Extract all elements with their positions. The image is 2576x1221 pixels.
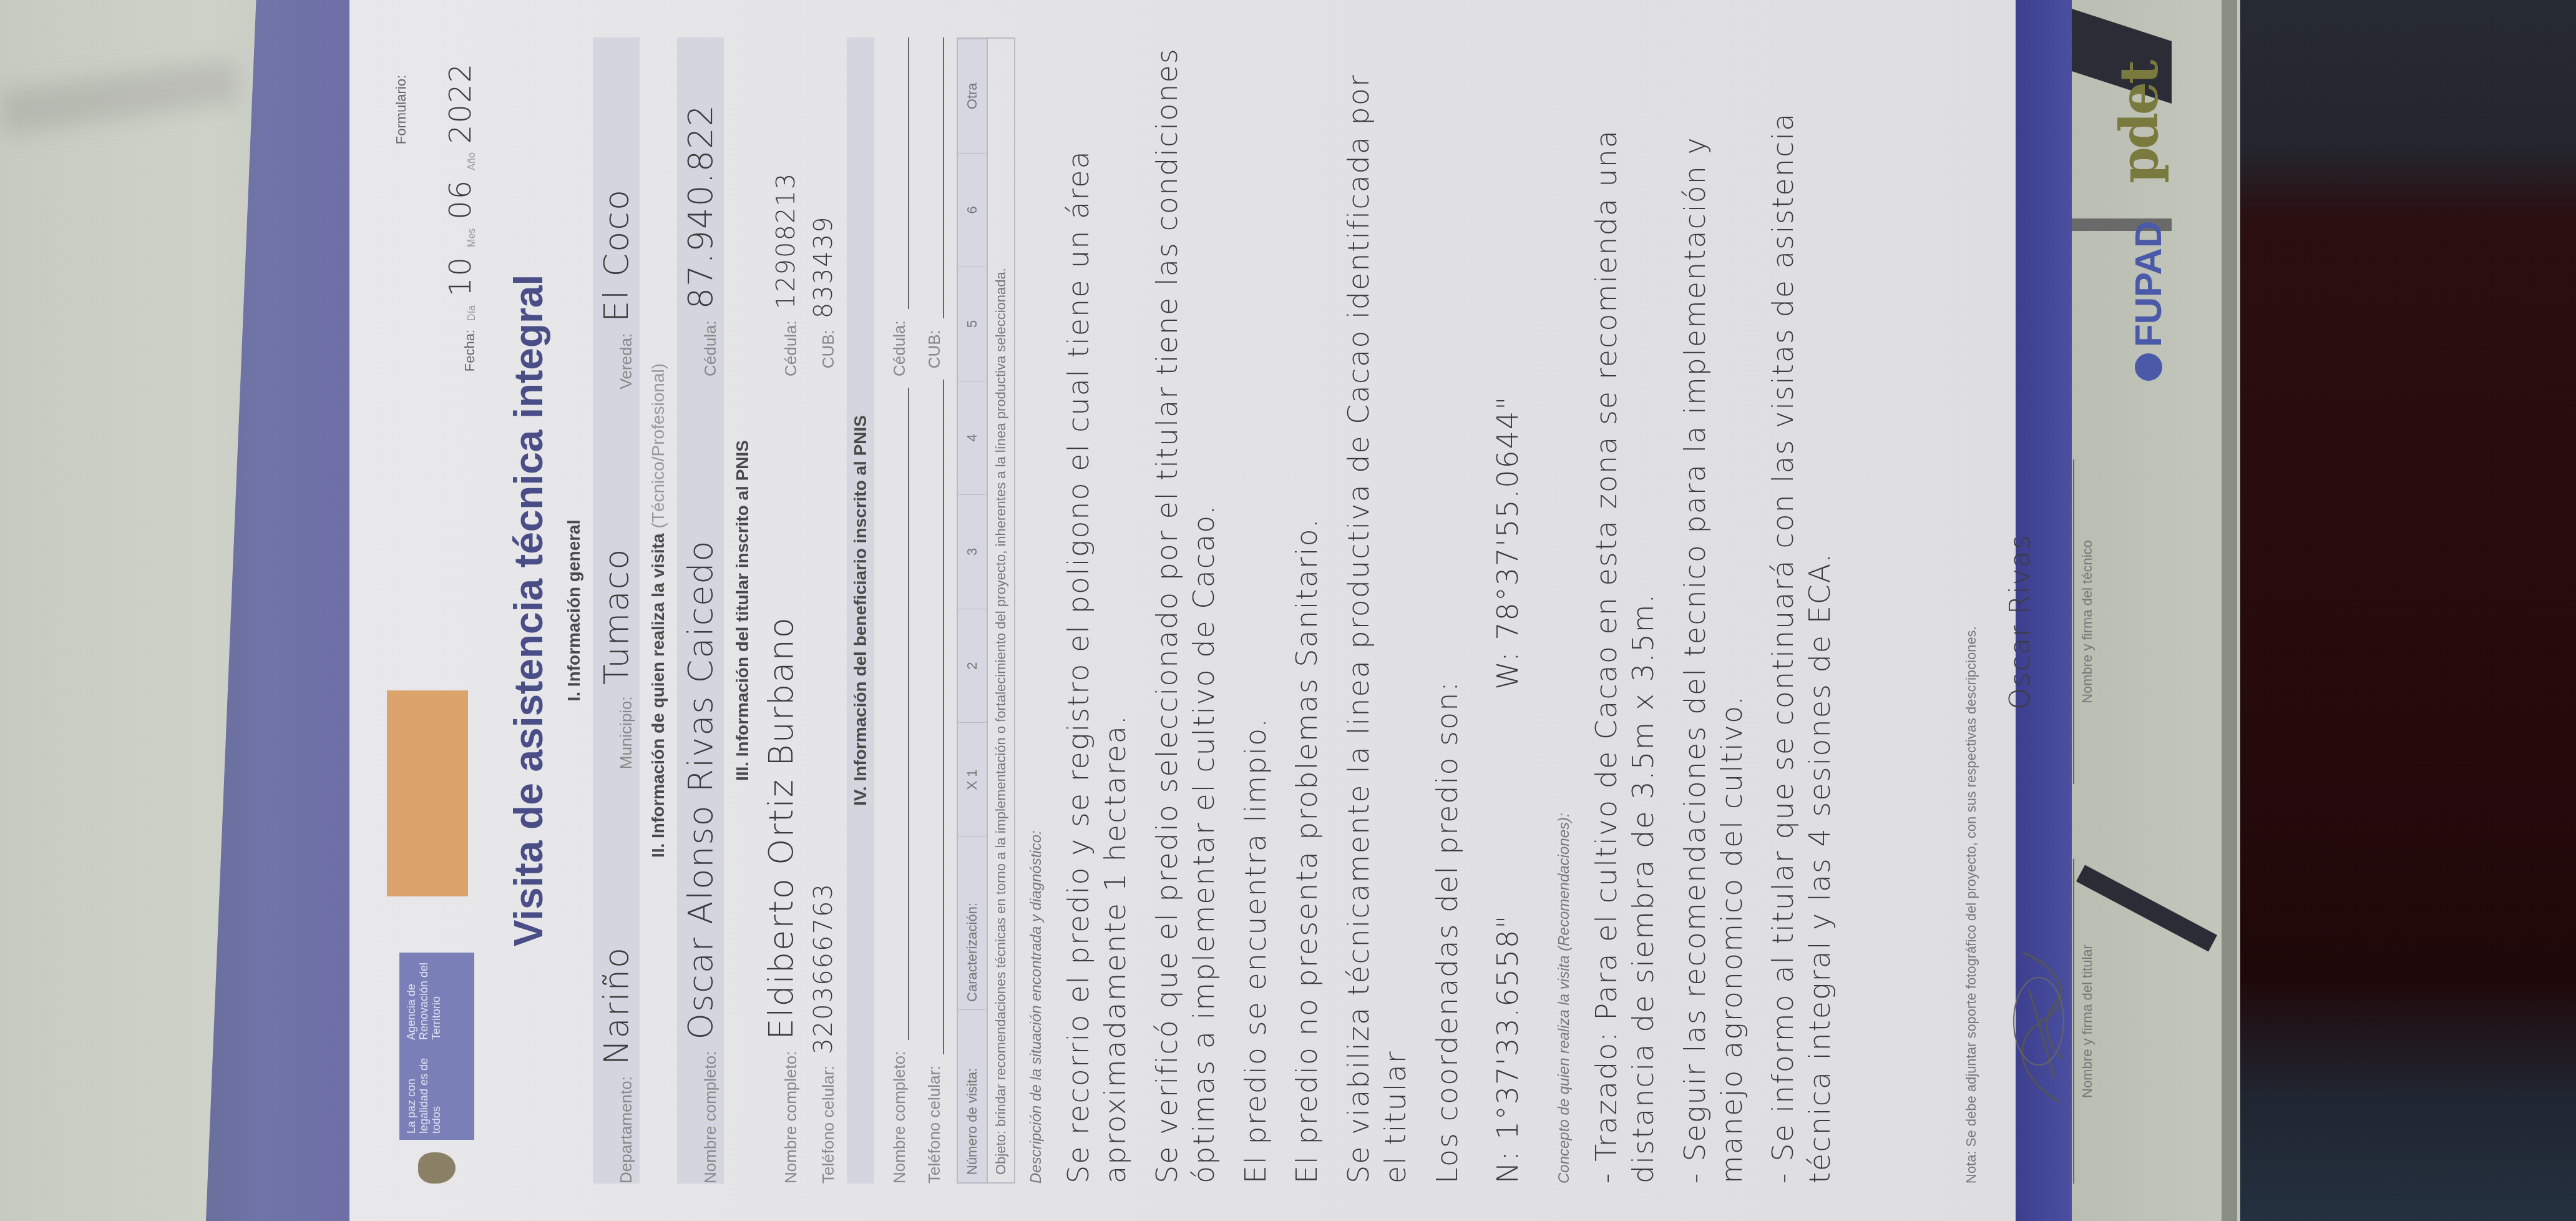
visit-options-row: Número de visita: Caracterización: X 123…: [958, 39, 987, 1182]
visit-number-label: Número de visita:: [958, 1009, 987, 1182]
holder-cedula-value: 12908213: [772, 37, 801, 309]
signature-row: Nombre y firma del titular Oscar Rivas N…: [2004, 37, 2095, 1184]
holder-signature-caption: Nombre y firma del titular: [2079, 859, 2095, 1184]
holder-cub-value: 833439: [809, 37, 838, 318]
beneficiary-cedula-field[interactable]: [883, 37, 909, 309]
footer-logos: FUPAD pdet: [2108, 62, 2170, 1184]
municipio-label: Municipio:: [617, 696, 636, 769]
general-info-row: Departamento: Nariño Municipio: Tumaco V…: [593, 37, 640, 1184]
beneficiary-name-label: Nombre completo:: [890, 1051, 909, 1184]
form-header: La paz con legalidad es de todos Agencia…: [374, 37, 499, 1184]
holder-cub-label: CUB:: [819, 330, 838, 368]
characterization-label: Caracterización:: [958, 836, 987, 1009]
year-value: 2022: [443, 62, 478, 144]
holder-phone-value: 3203666763: [809, 380, 838, 1054]
tech-name-label: Nombre completo:: [701, 1051, 720, 1184]
holder-name-row: Nombre completo: Eldiberto Ortiz Burbano…: [761, 37, 801, 1184]
holder-signature-block: Nombre y firma del titular: [2004, 859, 2095, 1184]
holder-name-label: Nombre completo:: [781, 1051, 801, 1184]
form-number-label: Formulario:: [393, 75, 409, 144]
beneficiary-name-row: Nombre completo: Cédula:: [883, 37, 909, 1184]
beneficiary-cedula-label: Cédula:: [890, 320, 909, 376]
technician-signature: Oscar Rivas: [2004, 459, 2074, 784]
page-title: Visita de asistencia técnica integral: [505, 37, 552, 1184]
departamento-value: Nariño: [597, 780, 636, 1065]
beneficiary-phone-field[interactable]: [918, 380, 944, 1054]
visit-option-2[interactable]: 2: [958, 609, 987, 723]
tech-cedula-value: 87.940.822: [681, 37, 720, 309]
visit-option-1[interactable]: X 1: [958, 722, 987, 836]
visit-objective: Objeto: brindar recomendaciones técnicas…: [987, 39, 1014, 1182]
year-label: Año: [467, 152, 478, 170]
holder-cedula-label: Cédula:: [781, 320, 801, 376]
month-label: Mes: [467, 228, 478, 247]
visit-option-otra[interactable]: Otra: [958, 39, 987, 153]
description-paragraph: El predio no presenta problemas Sanitari…: [1289, 37, 1325, 1184]
month-value: 06: [443, 179, 478, 220]
section-1-title: I. Información general: [564, 37, 584, 1184]
departamento-label: Departamento:: [617, 1076, 636, 1184]
technician-row: Nombre completo: Oscar Alonso Rivas Caic…: [677, 37, 724, 1184]
day-label: Día: [467, 305, 478, 321]
section-4-title: IV. Información del beneficiario inscrit…: [847, 37, 874, 1184]
recommendation-item: - Se informo al titular que se continuar…: [1765, 37, 1838, 1184]
description-body: Se recorrio el predio y se registro el p…: [1060, 37, 1466, 1184]
logo-text-2: Agencia de Renovación del Territorio: [399, 953, 474, 1046]
globe-icon: [2135, 353, 2162, 381]
section-2-title: II. Información de quien realiza la visi…: [648, 37, 668, 1184]
beneficiary-name-field[interactable]: [883, 388, 909, 1040]
description-paragraph: Se viabiliza técnicamente la linea produ…: [1340, 37, 1414, 1184]
section-2-subtitle: (Técnico/Profesional): [648, 363, 668, 529]
visit-option-5[interactable]: 5: [958, 267, 987, 381]
technician-signature-block: Oscar Rivas Nombre y firma del técnico: [2004, 459, 2095, 784]
logo-text-1: La paz con legalidad es de todos: [399, 1046, 474, 1140]
visit-option-4[interactable]: 4: [958, 381, 987, 495]
holder-signature: [2004, 859, 2074, 1184]
description-label: Descripción de la situación encontrada y…: [1028, 37, 1045, 1184]
coord-north: N: 1°37'33.6558": [1491, 915, 1525, 1184]
background-dark-fabric: [2240, 0, 2576, 1221]
holder-phone-label: Teléfono celular:: [819, 1066, 838, 1184]
section-3-title: III. Información del titular inscrito al…: [733, 37, 753, 1184]
pdet-logo: pdet: [2108, 62, 2170, 184]
tech-name-value: Oscar Alonso Rivas Caicedo: [681, 388, 720, 1040]
form-page: La paz con legalidad es de todos Agencia…: [349, 0, 2016, 1221]
coordinates: N: 1°37'33.6558" W: 78°37'55.0644": [1491, 37, 1525, 1184]
description-paragraph: El predio se encuentra limpio.: [1237, 37, 1274, 1184]
signature-scribble-icon: [2004, 928, 2073, 1115]
recommendations-body: - Trazado: Para el cultivo de Cacao en e…: [1588, 37, 1838, 1184]
government-logo: La paz con legalidad es de todos Agencia…: [399, 953, 474, 1140]
vereda-value: El Coco: [597, 37, 636, 322]
coord-west: W: 78°37'55.0644": [1491, 396, 1525, 690]
recommendation-item: - Seguir las recomendaciones del tecnico…: [1677, 37, 1750, 1184]
visit-option-3[interactable]: 3: [958, 494, 987, 609]
vereda-label: Vereda:: [617, 333, 636, 390]
photo-note: Nota: Se debe adjuntar soporte fotográfi…: [1963, 37, 1979, 1184]
holder-phone-row: Teléfono celular: 3203666763 CUB: 833439: [809, 37, 838, 1184]
recommendations-label: Concepto de quien realiza la visita (Rec…: [1556, 37, 1573, 1184]
fupad-logo: FUPAD: [2127, 221, 2170, 381]
day-value: 10: [443, 256, 478, 297]
section-2-title-text: II. Información de quien realiza la visi…: [648, 533, 668, 858]
beneficiary-phone-row: Teléfono celular: CUB:: [918, 37, 944, 1184]
tech-cedula-label: Cédula:: [701, 320, 720, 376]
date-field: Fecha: Día 10 Mes 06 Año 2022: [443, 62, 478, 371]
visit-number-table: Número de visita: Caracterización: X 123…: [957, 37, 1015, 1184]
technician-signature-caption: Nombre y firma del técnico: [2079, 459, 2095, 784]
beneficiary-phone-label: Teléfono celular:: [925, 1066, 944, 1184]
municipio-value: Tumaco: [597, 400, 636, 685]
art-logo: [387, 690, 468, 896]
visit-option-6[interactable]: 6: [958, 153, 987, 267]
description-paragraph: Se verificó que el predio seleccionado p…: [1149, 37, 1222, 1184]
holder-name-value: Eldiberto Ortiz Burbano: [761, 388, 801, 1040]
background-pole: [2222, 0, 2237, 1221]
beneficiary-cub-label: CUB:: [925, 330, 944, 368]
fupad-text: FUPAD: [2127, 221, 2170, 347]
description-paragraph: Se recorrio el predio y se registro el p…: [1060, 37, 1134, 1184]
date-label: Fecha:: [462, 330, 478, 371]
recommendation-item: - Trazado: Para el cultivo de Cacao en e…: [1588, 37, 1662, 1184]
colombia-crest-icon: [418, 1152, 456, 1184]
description-paragraph: Los coordenadas del predio son:: [1429, 37, 1466, 1184]
beneficiary-cub-field[interactable]: [918, 37, 944, 318]
